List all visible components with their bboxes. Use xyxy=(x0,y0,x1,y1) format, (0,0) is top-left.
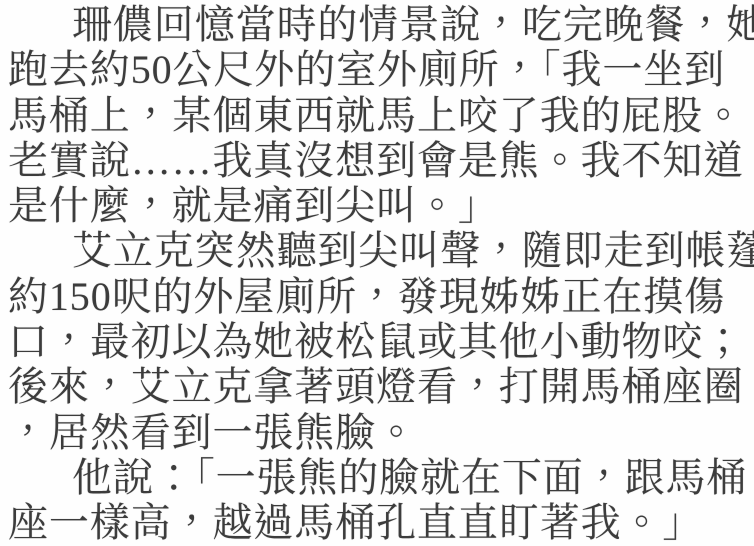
text-line: 艾立克突然聽到尖叫聲，隨即走到帳蓬 xyxy=(8,228,754,273)
text-line: 後來，艾立克拿著頭燈看，打開馬桶座圈 xyxy=(8,364,754,409)
text-line: 座一樣高，越過馬桶孔直直盯著我。」 xyxy=(8,500,754,545)
text-line: ，居然看到一張熊臉。 xyxy=(8,410,754,455)
text-line: 約150呎的外屋廁所，發現姊姊正在摸傷 xyxy=(8,274,754,319)
text-line: 跑去約50公尺外的室外廁所，「我一坐到 xyxy=(8,47,754,92)
text-line: 是什麼，就是痛到尖叫。」 xyxy=(8,183,754,228)
text-line: 馬桶上，某個東西就馬上咬了我的屁股。 xyxy=(8,93,754,138)
text-line: 他說：「一張熊的臉就在下面，跟馬桶 xyxy=(8,455,754,500)
text-line: 珊儂回憶當時的情景說，吃完晚餐，她 xyxy=(8,2,754,47)
text-line: 老實說……我真沒想到會是熊。我不知道 xyxy=(8,138,754,183)
document-page: 珊儂回憶當時的情景說，吃完晚餐，她 跑去約50公尺外的室外廁所，「我一坐到 馬桶… xyxy=(0,0,754,546)
text-line: 口，最初以為她被松鼠或其他小動物咬； xyxy=(8,319,754,364)
